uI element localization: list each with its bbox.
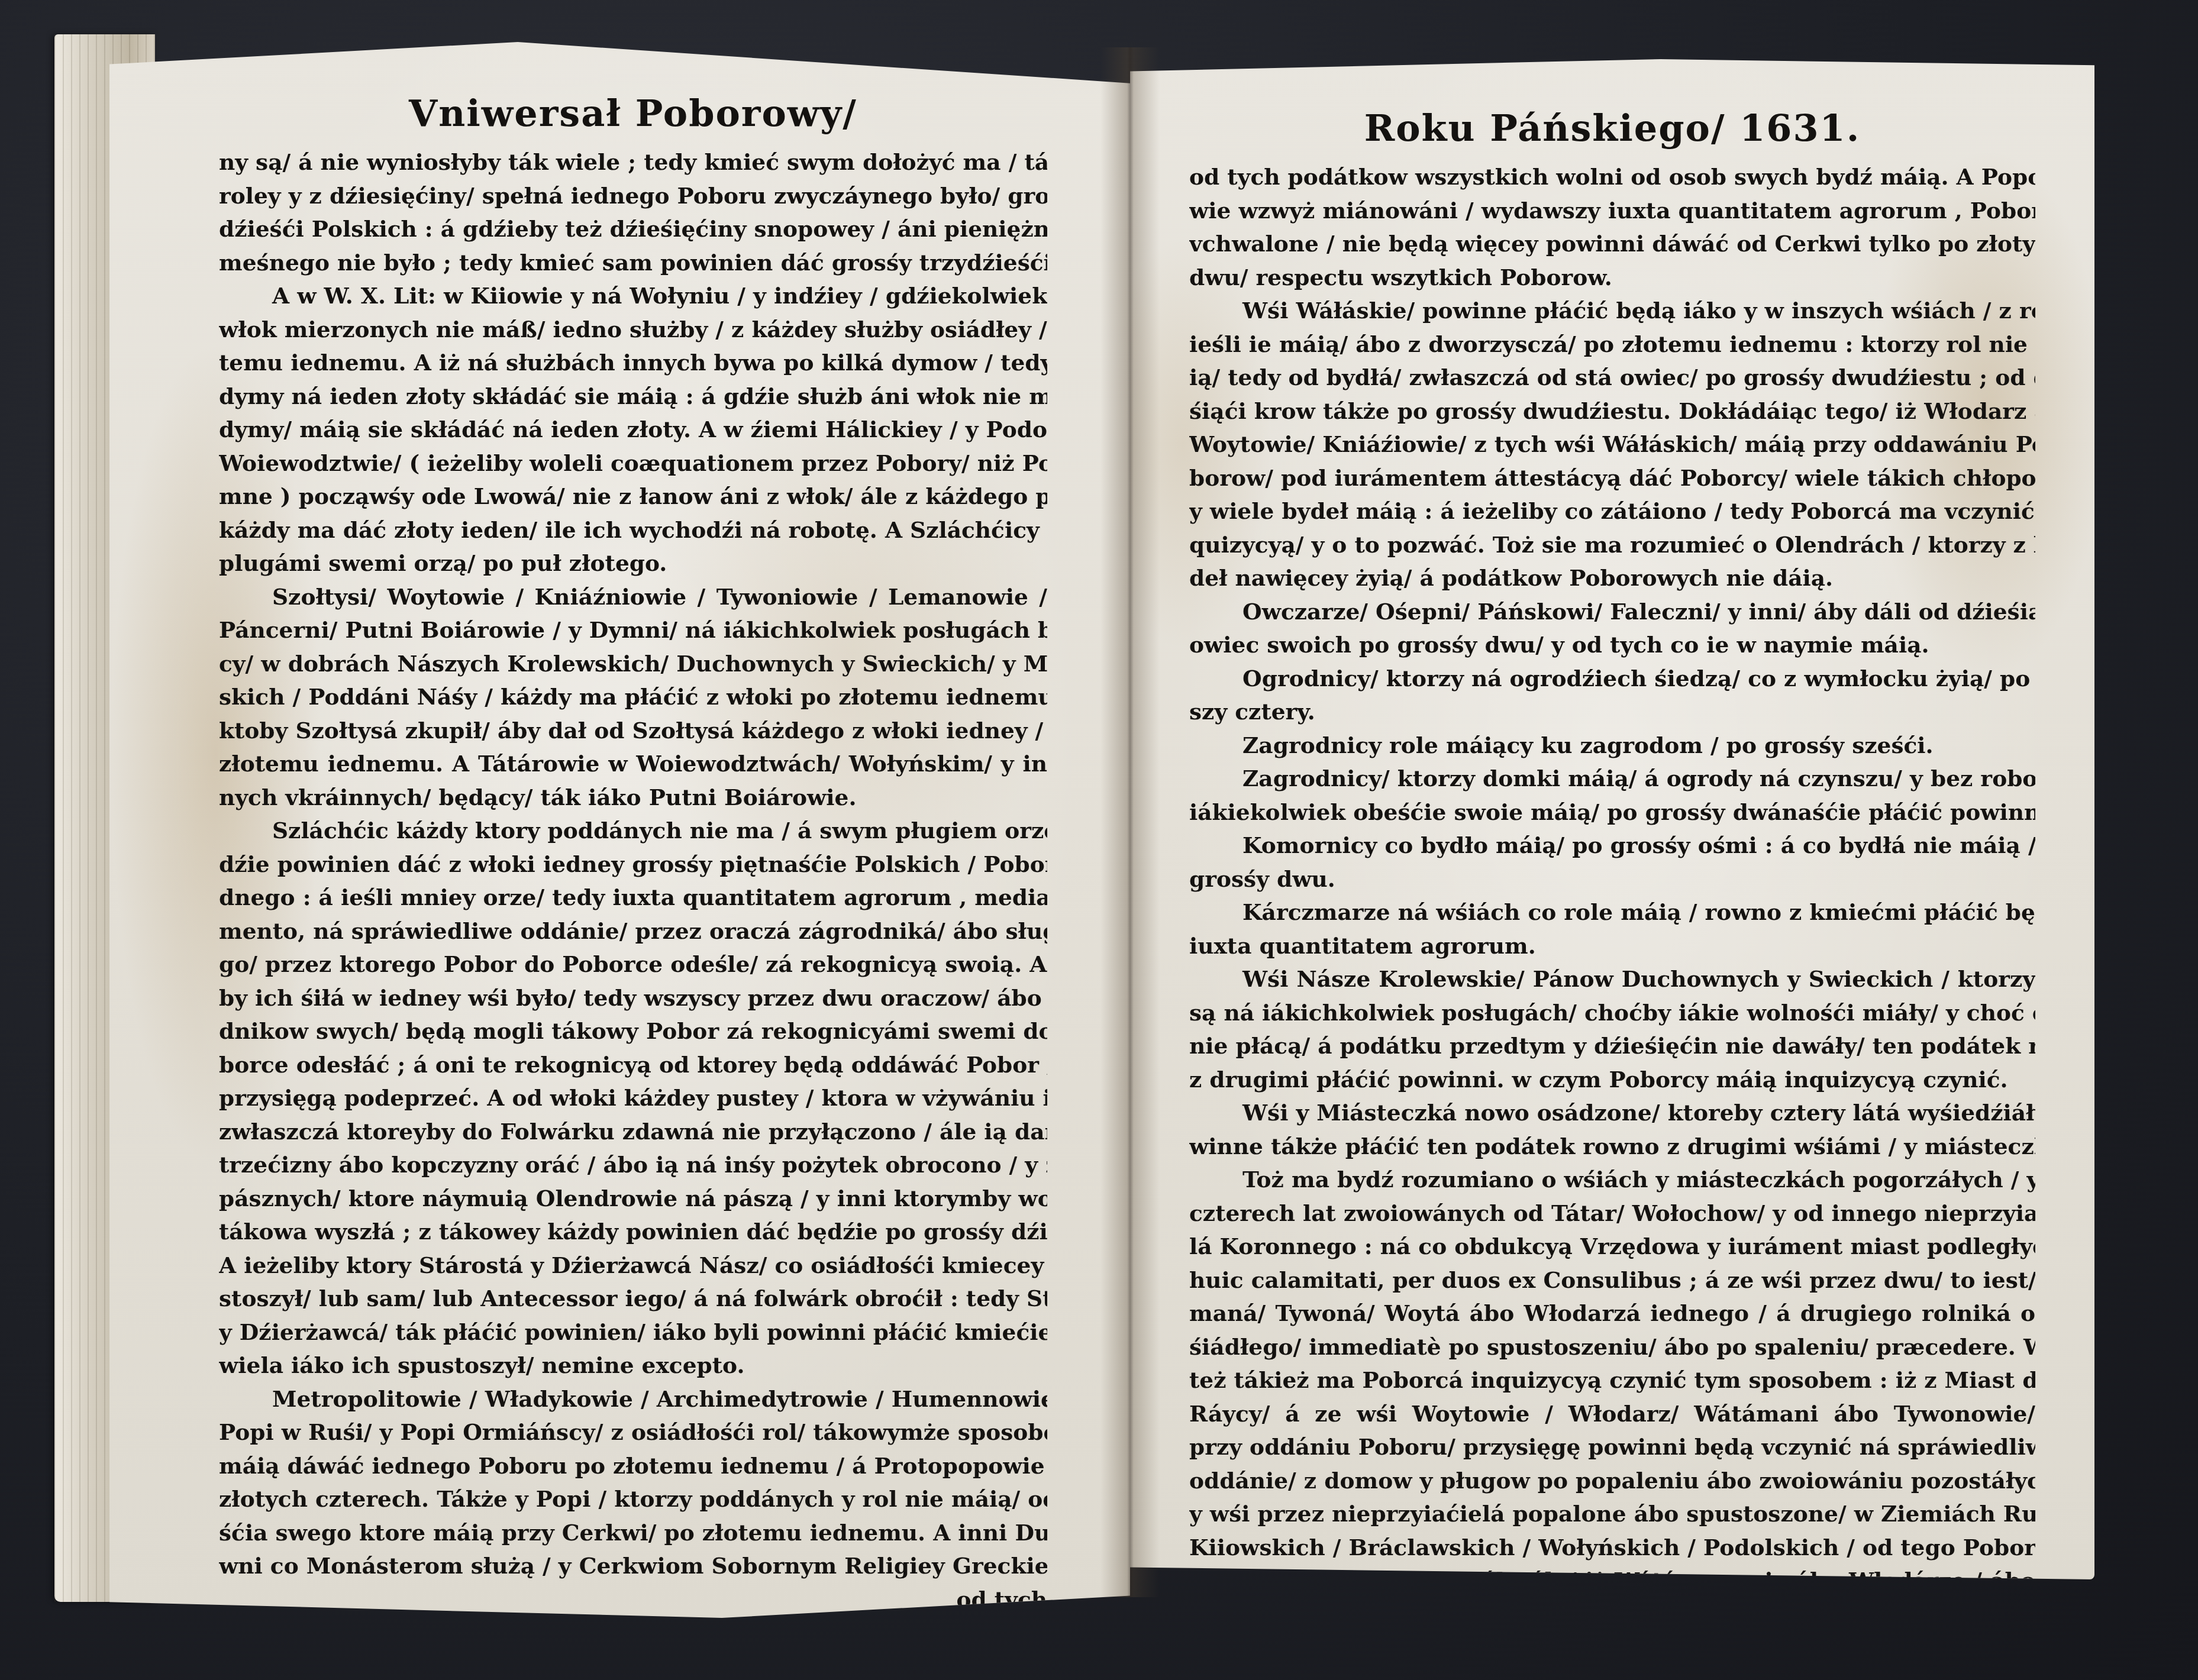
- text-line: Owczarze/ Ośepni/ Páńskowi/ Faleczni/ y …: [1189, 595, 2035, 629]
- text-line: przysięgą podeprzeć. A od włoki káżdey p…: [219, 1081, 1047, 1115]
- text-line: Ráycy/ á ze wśi Woytowie / Włodarz/ Wátá…: [1189, 1397, 2035, 1431]
- text-line: iákiekolwiek obeśćie swoie máią/ po gros…: [1189, 796, 2035, 829]
- text-line: Zagrodnicy/ ktorzy domki máią/ á ogrody …: [1189, 762, 2035, 796]
- text-line: też tákież ma Poborcá inquizycyą czynić …: [1189, 1364, 2035, 1397]
- paragraph: Szláchćic káżdy ktory poddánych nie ma /…: [219, 814, 1047, 1382]
- text-line: mne ) począwśy ode Lwowá/ nie z łanow án…: [219, 480, 1047, 513]
- text-line: stoszył/ lub sam/ lub Antecessor iego/ á…: [219, 1282, 1047, 1316]
- text-line: cy/ w dobrách Nászych Krolewskich/ Ducho…: [219, 647, 1047, 681]
- left-page-content: Vniwersał Poborowy/ ny są/ á nie wyniosł…: [219, 92, 1047, 1616]
- text-line: śiádłego/ immediatè po spustoszeniu/ ábo…: [1189, 1330, 2035, 1364]
- text-line: przy oddániu Poboru/ przysięgę powinni b…: [1189, 1430, 2035, 1464]
- text-line: ią/ tedy od bydłá/ zwłaszczá od stá owie…: [1189, 361, 2035, 395]
- text-line: Ogrodnicy/ ktorzy ná ogrodźiech śiedzą/ …: [1189, 662, 2035, 696]
- text-line: quizycyą/ y o to pozwáć. Toż sie ma rozu…: [1189, 528, 2035, 562]
- text-line: Komornicy co bydło máią/ po grosśy ośmi …: [1189, 829, 2035, 862]
- text-line: huic calamitati, per duos ex Consulibus …: [1189, 1264, 2035, 1297]
- text-line: pásznych/ ktore náymuią Olendrowie ná pá…: [219, 1182, 1047, 1216]
- text-line: A ieżeliby ktory Stárostá y Dźierżawcá N…: [219, 1249, 1047, 1282]
- text-line: vchwalone / nie będą więcey powinni dáwá…: [1189, 227, 2035, 261]
- text-line: wni co Monásterom służą / y Cerkwiom Sob…: [219, 1549, 1047, 1583]
- paragraph: Kárczmarze ná wśiách co role máią / rown…: [1189, 896, 2035, 962]
- text-line: plugámi swemi orzą/ po puł złotego.: [219, 547, 1047, 580]
- text-line: máią dáwáć iednego Poboru po złotemu ied…: [219, 1449, 1047, 1483]
- paragraph: Szołtysi/ Woytowie / Kniáźniowie / Tywon…: [219, 580, 1047, 815]
- text-line: ieśli ie máią/ ábo z dworzysczá/ po złot…: [1189, 328, 2035, 361]
- running-head-left: Vniwersał Poborowy/: [219, 92, 1047, 135]
- right-page: Roku Páńskiego/ 1631. od tych podátkow w…: [1130, 59, 2094, 1579]
- text-line: Popi w Ruśi/ y Popi Ormiáńscy/ z osiádło…: [219, 1416, 1047, 1449]
- text-line: zwłaszczá ktoreyby do Folwárku zdawná ni…: [219, 1115, 1047, 1149]
- text-line: dźie powinien dáć z włoki iedney grosśy …: [219, 848, 1047, 881]
- text-line: nie płácą/ á podátku przedtym y dźieśięć…: [1189, 1029, 2035, 1063]
- text-line: káżdy ma dáć złoty ieden/ ile ich wychod…: [219, 513, 1047, 547]
- text-line: Szołtysi/ Woytowie / Kniáźniowie / Tywon…: [219, 580, 1047, 614]
- text-line: wie wzwyż miánowáni / wydawszy iuxta qua…: [1189, 194, 2035, 228]
- text-line: skich / Poddáni Náśy / káżdy ma płáćić z…: [219, 680, 1047, 714]
- text-line: iuxta quantitatem agrorum.: [1189, 929, 2035, 963]
- text-line: borow/ pod iurámentem áttestácyą dáć Pob…: [1189, 461, 2035, 495]
- text-line: Szláchćic káżdy ktory poddánych nie ma /…: [219, 814, 1047, 848]
- left-page: Vniwersał Poborowy/ ny są/ á nie wyniosł…: [109, 33, 1130, 1618]
- text-line: ny są/ á nie wyniosłyby ták wiele ; tedy…: [219, 146, 1047, 179]
- text-line: grosśy dwu.: [1189, 862, 2035, 896]
- paragraph: Ogrodnicy/ ktorzy ná ogrodźiech śiedzą/ …: [1189, 662, 2035, 729]
- text-line: y Dźierżawcá/ ták płáćić powinien/ iáko …: [219, 1316, 1047, 1349]
- paragraph: Wśi y Miásteczká nowo osádzone/ ktoreby …: [1189, 1096, 2035, 1163]
- text-line: by ich śiłá w iedney wśi było/ tedy wszy…: [219, 981, 1047, 1015]
- paragraph: od tych podátkow wszystkich wolni od oso…: [1189, 160, 2035, 294]
- text-line: Wśi y Miásteczká nowo osádzone/ ktoreby …: [1189, 1096, 2035, 1130]
- text-line: Zagrodnicy role máiący ku zagrodom / po …: [1189, 729, 2035, 763]
- text-line: są ná iákichkolwiek posługách/ choćby iá…: [1189, 996, 2035, 1030]
- text-line: A w W. X. Lit: w Kiiowie y ná Wołyniu / …: [219, 279, 1047, 313]
- text-line: Woiewodztwie/ ( ieżeliby woleli coæquati…: [219, 447, 1047, 480]
- text-line: szy cztery.: [1189, 695, 2035, 729]
- text-line: winne tákże płáćić ten podátek rowno z d…: [1189, 1130, 2035, 1164]
- text-line: borce odesłáć ; á oni te rekognicyą od k…: [219, 1048, 1047, 1082]
- text-line: Woytowie/ Kniáźiowie/ z tych wśi Wáłáski…: [1189, 428, 2035, 461]
- text-line: nych vkráinnych/ będący/ ták iáko Putni …: [219, 781, 1047, 815]
- paragraph: Toż ma bydź rozumiano o wśiách y miástec…: [1189, 1163, 2035, 1598]
- text-line: dymy/ máią sie skłádáć ná ieden złoty. A…: [219, 413, 1047, 447]
- text-line: dwu/ respectu wszytkich Poborow.: [1189, 261, 2035, 295]
- text-line: Kiiowskich / Bráclawskich / Wołyńskich /…: [1189, 1531, 2035, 1565]
- paragraph: A w W. X. Lit: w Kiiowie y ná Wołyniu / …: [219, 279, 1047, 580]
- text-line: dnego : á ieśli mniey orze/ tedy iuxta q…: [219, 881, 1047, 915]
- text-line: roley y z dźiesięćiny/ spełná iednego Po…: [219, 179, 1047, 213]
- text-line: dnikow swych/ będą mogli tákowy Pobor zá…: [219, 1015, 1047, 1048]
- text-line: Páncerni/ Putni Boiárowie / y Dymni/ ná …: [219, 613, 1047, 647]
- paragraph: ny są/ á nie wyniosłyby ták wiele ; tedy…: [219, 146, 1047, 279]
- text-line: włok mierzonych nie máß/ iedno służby / …: [219, 313, 1047, 347]
- text-line: złotemu iednemu. A Tátárowie w Woiewodzt…: [219, 747, 1047, 781]
- text-line: dymy ná ieden złoty skłádáć sie máią : á…: [219, 380, 1047, 413]
- paragraph: Wśi Wáłáskie/ powinne płáćić będą iáko y…: [1189, 294, 2035, 595]
- paragraph: Zagrodnicy role máiący ku zagrodom / po …: [1189, 729, 2035, 763]
- text-line: maná/ Tywoná/ Woytá ábo Włodarzá iednego…: [1189, 1297, 2035, 1330]
- text-line: owiec swoich po grosśy dwu/ y od tych co…: [1189, 628, 2035, 662]
- paragraph: Metropolitowie / Władykowie / Archimedyt…: [219, 1382, 1047, 1583]
- text-line: Metropolitowie / Władykowie / Archimedyt…: [219, 1382, 1047, 1416]
- text-line: od tych podátkow wszystkich wolni od oso…: [1189, 160, 2035, 194]
- text-line: Kárczmarze ná wśiách co role máią / rown…: [1189, 896, 2035, 929]
- text-line: z drugimi płáćić powinni. w czym Poborcy…: [1189, 1063, 2035, 1097]
- text-line: śćia swego ktore máią przy Cerkwi/ po zł…: [219, 1516, 1047, 1550]
- text-line: lá Koronnego : ná co obdukcyą Vrzędowa y…: [1189, 1230, 2035, 1264]
- text-line: y wśi przez nieprzyiaćielá popalone ábo …: [1189, 1497, 2035, 1531]
- text-line: Wśi Násze Krolewskie/ Pánow Duchownych y…: [1189, 962, 2035, 996]
- text-line: y wiele bydeł máią : á ieżeliby co zátái…: [1189, 495, 2035, 528]
- text-line: śiąći krow tákże po grosśy dwudźiestu. D…: [1189, 395, 2035, 428]
- text-line: oddánie/ z domow y pługow po popaleniu á…: [1189, 1464, 2035, 1498]
- running-head-right: Roku Páńskiego/ 1631.: [1189, 106, 2035, 150]
- text-line: dźieśći Polskich : á gdźieby też dźieśię…: [219, 212, 1047, 246]
- text-line: temu iednemu. A iż ná służbách innych by…: [219, 346, 1047, 380]
- text-line: złotych czterech. Tákże y Popi / ktorzy …: [219, 1482, 1047, 1516]
- paragraph: Zagrodnicy/ ktorzy domki máią/ á ogrody …: [1189, 762, 2035, 829]
- text-line: meśnego nie było ; tedy kmieć sam powini…: [219, 246, 1047, 280]
- paragraph: Wśi Násze Krolewskie/ Pánow Duchownych y…: [1189, 962, 2035, 1096]
- text-line: deł nawięcey żyią/ á podátkow Poborowych…: [1189, 561, 2035, 595]
- right-page-content: Roku Páńskiego/ 1631. od tych podátkow w…: [1189, 106, 2035, 1631]
- paragraph: Owczarze/ Ośepni/ Páńskowi/ Faleczni/ y …: [1189, 595, 2035, 662]
- text-line: Wśi Wáłáskie/ powinne płáćić będą iáko y…: [1189, 294, 2035, 328]
- text-line: ktoby Szołtysá zkupił/ áby dał od Szołty…: [219, 714, 1047, 748]
- text-line: czterech lat zwoiowánych od Tátar/ Wołoc…: [1189, 1197, 2035, 1230]
- text-line: wiela iáko ich spustoszył/ nemine except…: [219, 1349, 1047, 1382]
- text-line: trzećizny ábo kopczyzny oráć / ábo ią ná…: [219, 1148, 1047, 1182]
- text-line: mento, ná spráwiedliwe oddánie/ przez or…: [219, 915, 1047, 948]
- text-line: Toż ma bydź rozumiano o wśiách y miástec…: [1189, 1163, 2035, 1197]
- text-line: tákowa wyszłá ; z tákowey káżdy powinien…: [219, 1215, 1047, 1249]
- paragraph: Komornicy co bydło máią/ po grosśy ośmi …: [1189, 829, 2035, 896]
- text-line: go/ przez ktorego Pobor do Poborce odeśl…: [219, 948, 1047, 981]
